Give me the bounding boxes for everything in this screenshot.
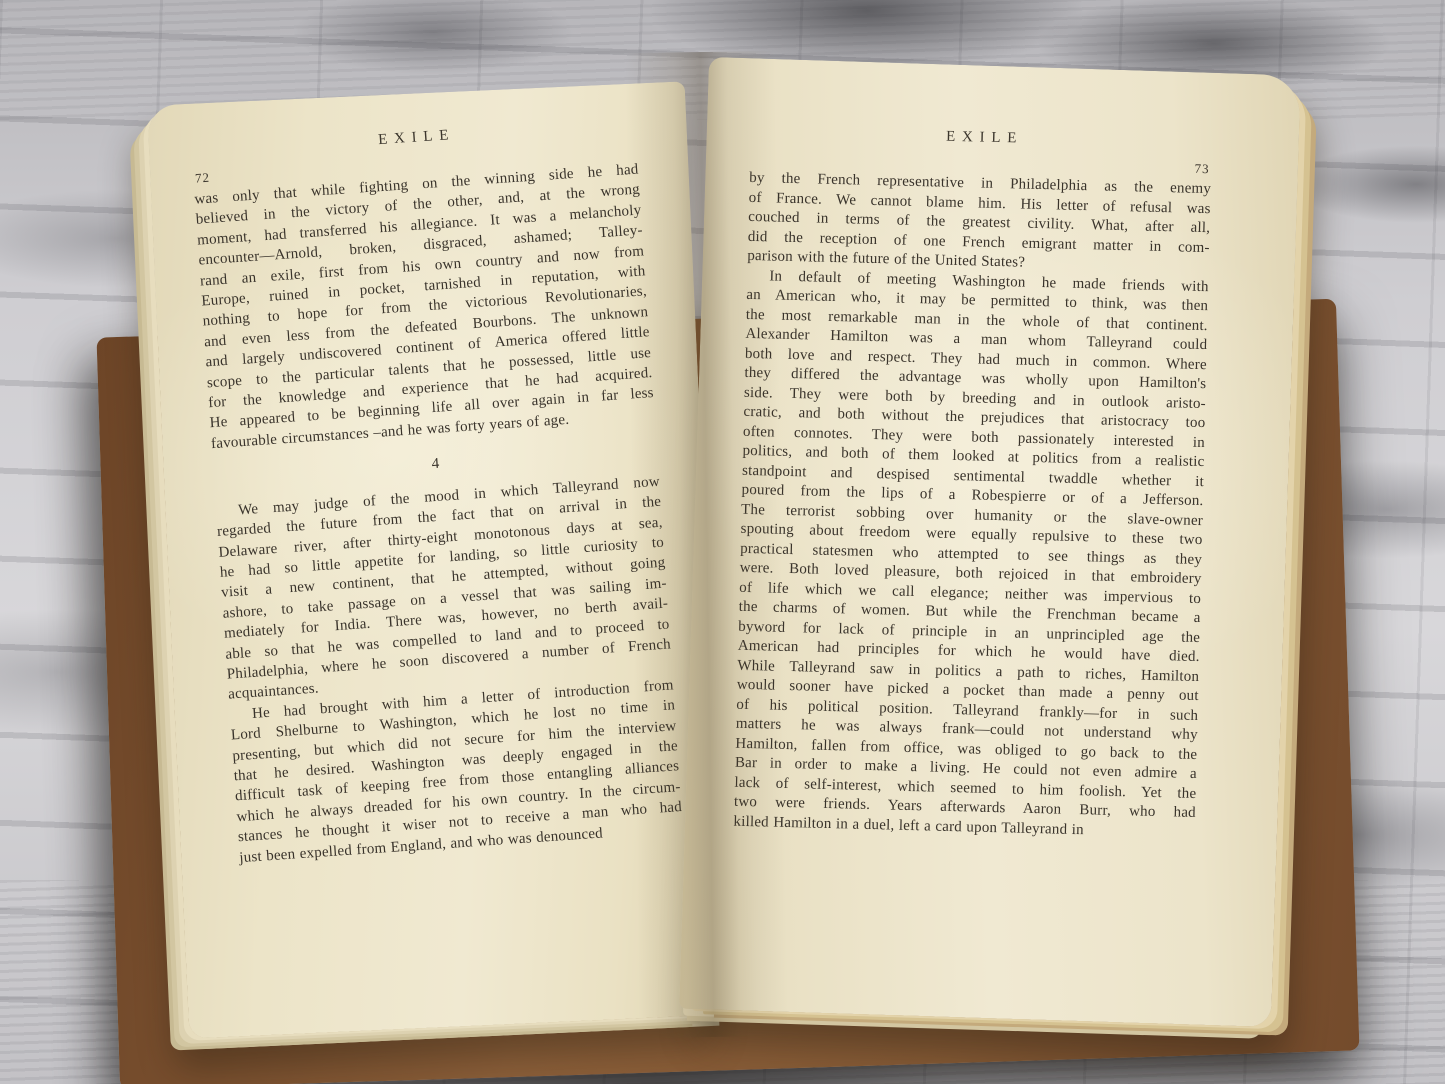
paragraph: We may judge of the mood in which Talley… bbox=[215, 471, 673, 705]
paragraph: was only that while fighting on the winn… bbox=[194, 160, 656, 455]
page-number: 73 bbox=[1194, 161, 1209, 177]
right-page-content: EXILE 73 by the French representative in… bbox=[733, 124, 1212, 843]
page-number: 72 bbox=[195, 170, 211, 187]
body-text: by the French representative in Philadel… bbox=[733, 169, 1211, 843]
running-head: EXILE bbox=[750, 124, 1212, 152]
left-page-content: EXILE 72 was only that while fighting on… bbox=[191, 115, 684, 869]
paragraph: He had brought with him a letter of intr… bbox=[229, 675, 684, 868]
open-book: EXILE 72 was only that while fighting on… bbox=[0, 0, 1445, 1084]
book-photo: EXILE 72 was only that while fighting on… bbox=[0, 0, 1445, 1084]
right-page: EXILE 73 by the French representative in… bbox=[679, 57, 1301, 1027]
running-head: EXILE bbox=[191, 115, 636, 162]
paragraph: In default of meeting Washington he made… bbox=[733, 266, 1209, 843]
paragraph: by the French representative in Philadel… bbox=[747, 169, 1211, 278]
left-page: EXILE 72 was only that while fighting on… bbox=[147, 81, 727, 1038]
body-text: was only that while fighting on the winn… bbox=[194, 160, 684, 869]
